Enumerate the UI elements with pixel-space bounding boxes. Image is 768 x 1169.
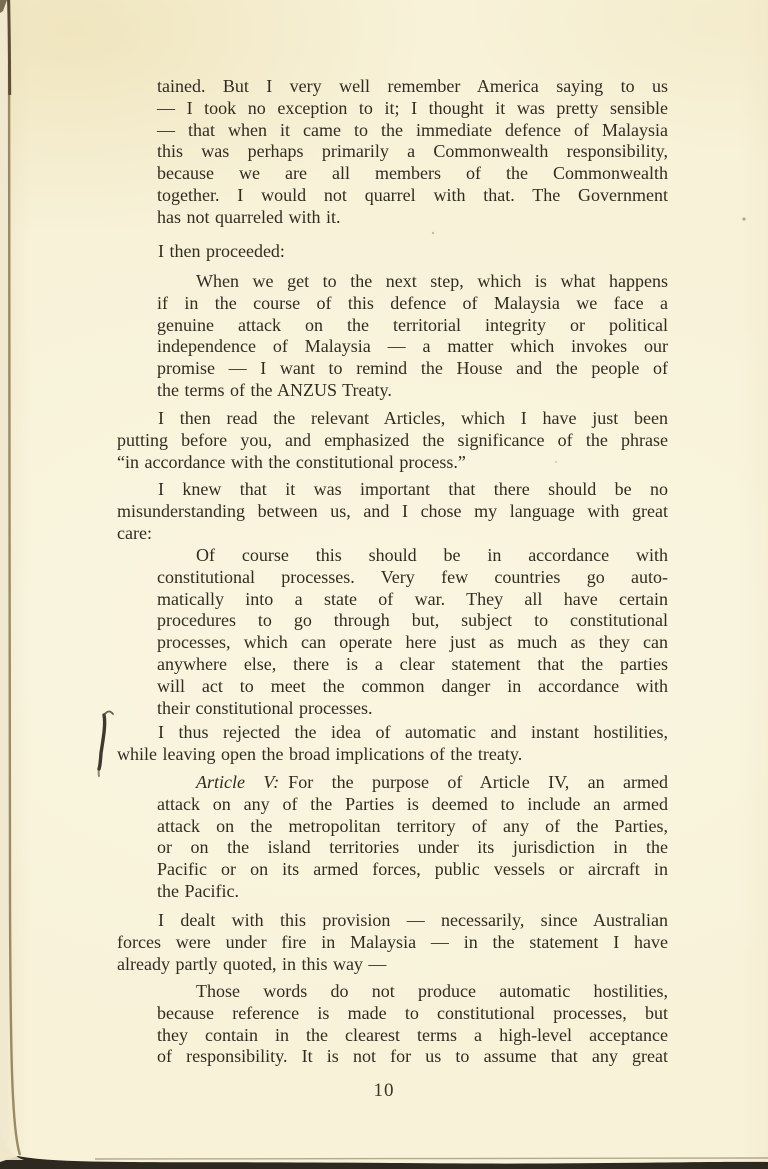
text-line: I dealt with this provision — necessaril… [117,910,668,932]
page-number: 10 [0,1080,768,1102]
text-line: — I took no exception to it; I thought i… [157,98,668,120]
paragraph: I then proceeded: [117,241,668,263]
text-line: I then read the relevant Articles, which… [117,408,668,430]
text-line: promise — I want to remind the House and… [157,358,668,380]
italic-lead: Article V: [196,772,279,792]
text-line: misunderstanding between us, and I chose… [117,501,668,523]
text-line: — that when it came to the immediate def… [157,120,668,142]
pen-mark-annotation [99,715,105,769]
text-line: I then proceeded: [117,241,668,263]
text-line: together. I would not quarrel with that.… [157,185,668,207]
text-line: matically into a state of war. They all … [157,589,668,611]
text-line: Pacific or on its armed forces, public v… [157,859,668,881]
quote-block: When we get to the next step, which is w… [157,271,668,402]
text-line: processes, which can operate here just a… [157,632,668,654]
text-line: anywhere else, there is a clear statemen… [157,654,668,676]
text-column: tained. But I very well remember America… [117,0,668,1169]
page-left-edge-strip [0,0,8,1169]
text-line: their constitutional processes. [157,698,668,720]
text-line: care: [117,523,668,545]
text-line: the terms of the ANZUS Treaty. [157,380,668,402]
text-line: will act to meet the common danger in ac… [157,676,668,698]
quote-block: tained. But I very well remember America… [157,76,668,229]
pen-mark-hook [104,712,113,716]
paragraph: I then read the relevant Articles, which… [117,408,668,473]
text-line: because we are all members of the Common… [157,163,668,185]
quote-block: Of course this should be in accordance w… [157,545,668,719]
text-line: while leaving open the broad implication… [117,744,668,766]
paragraph: I knew that it was important that there … [117,479,668,544]
text-line: genuine attack on the territorial integr… [157,315,668,337]
text-line: already partly quoted, in this way — [117,954,668,976]
text-line: this was perhaps primarily a Commonwealt… [157,141,668,163]
text-line: if in the course of this defence of Mala… [157,293,668,315]
paragraph: I thus rejected the idea of automatic an… [117,722,668,766]
text-line: I thus rejected the idea of automatic an… [117,722,668,744]
text-line: “in accordance with the constitutional p… [117,452,668,474]
left-binding-edge-line-dark-top [9,0,10,95]
text-line: attack on any of the Parties is deemed t… [157,794,668,816]
text-line: of responsibility. It is not for us to a… [157,1046,668,1068]
scanned-book-page: tained. But I very well remember America… [0,0,768,1169]
text-line: Those words do not produce automatic hos… [157,981,668,1003]
text-line: independence of Malaysia — a matter whic… [157,336,668,358]
text-line: I knew that it was important that there … [117,479,668,501]
text-line: constitutional processes. Very few count… [157,567,668,589]
text-line: forces were under fire in Malaysia — in … [117,932,668,954]
text-line: attack on the metropolitan territory of … [157,816,668,838]
text-line: putting before you, and emphasized the s… [117,430,668,452]
text-line: Article V: For the purpose of Article IV… [157,772,668,794]
paper-speck [742,217,745,220]
text-line: tained. But I very well remember America… [157,76,668,98]
left-binding-edge-line [9,0,20,1155]
text-line: the Pacific. [157,881,668,903]
text-line: procedures to go through but, subject to… [157,610,668,632]
text-line: Of course this should be in accordance w… [157,545,668,567]
text-line: they contain in the clearest terms a hig… [157,1025,668,1047]
text-line: or on the island territories under its j… [157,837,668,859]
text-line: has not quarreled with it. [157,207,668,229]
quote-block: Those words do not produce automatic hos… [157,981,668,1068]
text-line: When we get to the next step, which is w… [157,271,668,293]
paragraph: I dealt with this provision — necessaril… [117,910,668,975]
text-line: because reference is made to constitutio… [157,1003,668,1025]
quote-block: Article V: For the purpose of Article IV… [157,772,668,903]
